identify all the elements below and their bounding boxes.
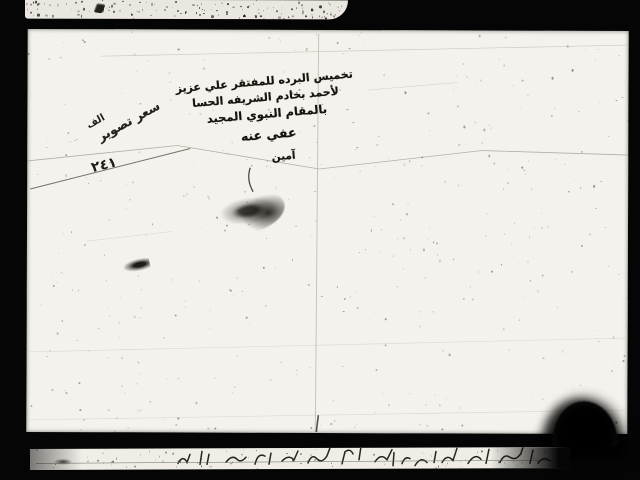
speckle xyxy=(66,4,67,5)
speckle xyxy=(226,224,228,226)
speckle xyxy=(597,329,598,330)
speckle xyxy=(499,58,500,59)
speckle xyxy=(113,11,115,13)
speckle xyxy=(442,350,443,351)
speckle xyxy=(482,143,484,144)
speckle xyxy=(261,138,262,140)
speckle xyxy=(542,274,544,275)
speckle xyxy=(237,356,238,357)
speckle xyxy=(319,15,320,17)
speckle xyxy=(323,11,325,14)
speckle xyxy=(383,74,384,76)
speckle xyxy=(102,0,103,1)
speckle xyxy=(332,466,333,467)
speckle xyxy=(226,450,227,452)
speckle xyxy=(216,10,217,12)
speckle xyxy=(402,379,403,380)
speckle xyxy=(474,84,475,85)
speckle xyxy=(166,378,167,379)
speckle xyxy=(268,36,269,38)
speckle xyxy=(33,2,34,4)
speckle xyxy=(527,94,528,95)
speckle xyxy=(89,11,90,12)
speckle xyxy=(78,94,80,95)
speckle xyxy=(311,14,312,15)
speckle xyxy=(612,336,614,338)
speckle xyxy=(257,229,258,230)
speckle xyxy=(44,3,46,5)
speckle xyxy=(595,208,596,209)
speckle xyxy=(521,107,522,108)
speckle xyxy=(352,122,354,123)
speckle xyxy=(427,239,428,240)
speckle xyxy=(407,78,408,79)
speckle xyxy=(236,64,237,65)
speckle xyxy=(465,459,466,460)
speckle xyxy=(490,128,491,129)
speckle xyxy=(292,15,294,17)
speckle xyxy=(311,9,313,11)
speckle xyxy=(463,63,464,65)
speckle xyxy=(262,267,264,269)
speckle xyxy=(45,14,48,17)
speckle xyxy=(197,243,198,244)
speckle xyxy=(459,193,460,194)
speckle xyxy=(154,4,155,5)
speckle xyxy=(134,466,136,468)
speckle xyxy=(175,1,177,3)
speckle xyxy=(111,462,112,463)
speckle xyxy=(551,115,552,117)
speckle xyxy=(226,13,228,16)
speckle xyxy=(384,344,386,346)
speckle xyxy=(53,467,54,468)
speckle xyxy=(69,141,71,143)
speckle xyxy=(309,367,310,368)
speckle xyxy=(568,191,569,192)
speckle xyxy=(262,117,264,118)
speckle xyxy=(199,14,201,16)
speckle xyxy=(441,428,443,430)
speckle xyxy=(76,139,78,140)
speckle xyxy=(513,85,515,87)
speckle xyxy=(319,6,321,9)
speckle xyxy=(301,4,303,7)
speckle xyxy=(31,405,33,407)
speckle xyxy=(71,231,72,233)
speckle xyxy=(507,182,509,183)
speckle xyxy=(118,322,119,323)
speckle xyxy=(201,3,203,5)
speckle xyxy=(77,14,79,16)
speckle xyxy=(380,251,381,252)
speckle xyxy=(466,76,467,77)
speckle xyxy=(417,367,418,368)
speckle xyxy=(124,393,125,394)
speckle xyxy=(589,233,591,236)
speckle xyxy=(33,14,34,15)
speckle xyxy=(429,186,430,187)
speckle xyxy=(179,13,180,14)
speckle xyxy=(445,398,446,399)
speckle xyxy=(77,10,80,12)
speckle xyxy=(292,77,293,79)
speckle xyxy=(28,53,30,54)
manuscript-page: تخميس البرده للمفتقر علي عزيز لأحمد بخاد… xyxy=(26,29,628,434)
speckle xyxy=(291,8,293,10)
speckle xyxy=(503,329,504,330)
speckle xyxy=(126,184,128,185)
speckle xyxy=(112,461,114,463)
speckle xyxy=(111,5,113,8)
speckle xyxy=(429,130,430,131)
speckle xyxy=(622,97,624,98)
speckle xyxy=(463,125,465,128)
speckle xyxy=(113,3,116,5)
speckle xyxy=(294,451,295,452)
speckle xyxy=(542,357,544,359)
speckle xyxy=(581,245,583,246)
speckle xyxy=(551,77,553,80)
speckle xyxy=(209,327,210,328)
speckle xyxy=(419,325,420,327)
speckle xyxy=(214,377,215,378)
speckle xyxy=(507,458,508,459)
speckle xyxy=(608,135,609,136)
speckle xyxy=(116,417,118,419)
speckle xyxy=(281,13,283,14)
speckle xyxy=(292,92,294,95)
speckle xyxy=(211,9,212,10)
speckle xyxy=(230,290,232,292)
speckle xyxy=(475,121,477,123)
speckle xyxy=(171,99,172,100)
speckle xyxy=(533,457,535,459)
speckle xyxy=(537,290,539,293)
speckle xyxy=(88,350,89,352)
speckle xyxy=(385,319,386,320)
speckle xyxy=(522,297,523,298)
speckle xyxy=(176,466,177,467)
speckle xyxy=(129,3,131,6)
speckle xyxy=(106,8,107,9)
speckle xyxy=(247,6,249,8)
speckle xyxy=(100,166,101,167)
speckle xyxy=(273,7,274,8)
speckle xyxy=(185,12,186,14)
speckle xyxy=(289,17,290,18)
speckle xyxy=(554,107,556,109)
speckle xyxy=(339,10,340,11)
speckle xyxy=(224,229,226,231)
speckle xyxy=(624,384,625,386)
speckle xyxy=(336,19,338,20)
title-inscription: تخميس البرده للمفتقر علي عزيز لأحمد بخاد… xyxy=(174,66,361,173)
speckle xyxy=(175,314,177,316)
speckle xyxy=(207,428,209,429)
speckle xyxy=(258,12,260,15)
speckle xyxy=(200,114,201,115)
speckle xyxy=(627,120,628,121)
speckle xyxy=(87,460,89,461)
speckle xyxy=(334,420,335,422)
speckle xyxy=(49,5,51,7)
speckle xyxy=(580,187,581,188)
speckle xyxy=(615,421,617,424)
speckle xyxy=(119,10,121,12)
speckle xyxy=(166,6,168,8)
speckle xyxy=(488,155,490,158)
speckle xyxy=(340,465,341,466)
speckle xyxy=(164,9,166,11)
speckle xyxy=(345,453,347,455)
speckle xyxy=(424,277,425,278)
speckle xyxy=(325,18,327,20)
speckle xyxy=(321,164,322,165)
speckle xyxy=(453,89,454,90)
speckle xyxy=(244,190,246,192)
speckle xyxy=(185,195,187,196)
speckle xyxy=(470,286,471,287)
speckle xyxy=(197,5,198,7)
speckle xyxy=(406,214,407,216)
speckle xyxy=(445,157,446,158)
speckle xyxy=(600,181,602,183)
speckle xyxy=(521,462,523,464)
speckle xyxy=(407,203,409,205)
speckle xyxy=(232,392,234,393)
speckle xyxy=(423,248,425,251)
speckle xyxy=(600,302,601,303)
speckle xyxy=(192,4,194,6)
speckle xyxy=(138,11,140,14)
speckle xyxy=(513,461,514,462)
speckle xyxy=(339,89,341,91)
speckle xyxy=(211,15,214,19)
speckle xyxy=(218,14,220,16)
speckle xyxy=(333,16,335,17)
speckle xyxy=(534,227,535,228)
speckle xyxy=(67,132,69,134)
speckle xyxy=(131,13,132,14)
speckle xyxy=(283,71,284,73)
speckle xyxy=(439,259,441,262)
speckle xyxy=(193,165,194,166)
speckle xyxy=(282,7,283,9)
speckle xyxy=(56,332,58,334)
speckle xyxy=(442,270,443,271)
speckle xyxy=(200,227,201,228)
speckle xyxy=(221,2,223,4)
speckle xyxy=(276,10,278,12)
speckle xyxy=(181,13,182,14)
speckle xyxy=(209,198,210,200)
speckle xyxy=(283,18,285,19)
speckle xyxy=(37,3,39,6)
speckle xyxy=(116,458,117,459)
speckle xyxy=(521,166,523,168)
speckle xyxy=(618,55,619,56)
speckle xyxy=(140,410,141,411)
speckle xyxy=(296,7,297,9)
speckle xyxy=(295,225,297,227)
speckle xyxy=(152,79,153,80)
speckle xyxy=(146,2,147,3)
speckle xyxy=(454,450,455,451)
strip-right-shadow xyxy=(490,447,570,468)
speckle xyxy=(298,2,300,4)
speckle xyxy=(133,18,134,19)
speckle xyxy=(334,177,335,178)
strip-left-shadow xyxy=(30,449,82,470)
speckle xyxy=(593,185,595,188)
speckle xyxy=(214,427,216,429)
speckle xyxy=(305,15,307,18)
speckle xyxy=(140,454,141,455)
speckle xyxy=(336,42,338,44)
speckle xyxy=(177,377,179,379)
speckle xyxy=(88,183,89,184)
speckle xyxy=(242,9,244,10)
speckle xyxy=(266,166,267,167)
speckle xyxy=(344,13,345,15)
speckle xyxy=(325,244,326,245)
speckle xyxy=(267,7,269,9)
speckle xyxy=(204,10,205,11)
speckle xyxy=(108,219,110,221)
speckle xyxy=(260,15,262,17)
speckle xyxy=(373,453,375,455)
speckle xyxy=(238,210,240,212)
adjacent-page-edge-top xyxy=(25,0,348,19)
speckle xyxy=(278,16,281,19)
speckle xyxy=(448,354,450,357)
speckle xyxy=(405,91,407,94)
speckle xyxy=(232,462,233,463)
speckle xyxy=(142,9,143,11)
speckle xyxy=(532,397,533,398)
speckle xyxy=(140,373,142,374)
speckle xyxy=(618,274,620,275)
speckle xyxy=(267,161,268,162)
speckle xyxy=(211,466,212,467)
speckle xyxy=(374,216,375,217)
speckle xyxy=(243,449,244,451)
speckle xyxy=(26,3,28,6)
speckle xyxy=(150,14,152,16)
speckle xyxy=(427,425,428,427)
speckle xyxy=(436,242,438,244)
speckle xyxy=(52,14,55,18)
speckle xyxy=(177,10,179,12)
speckle xyxy=(251,165,252,166)
speckle xyxy=(172,7,173,8)
speckle xyxy=(438,466,439,468)
speckle xyxy=(137,409,139,412)
speckle xyxy=(324,16,325,17)
speckle xyxy=(71,9,72,10)
speckle xyxy=(132,182,134,184)
speckle xyxy=(522,79,524,81)
speckle xyxy=(177,418,179,420)
speckle xyxy=(226,11,228,13)
speckle xyxy=(498,462,500,463)
speckle xyxy=(65,174,67,177)
speckle xyxy=(388,158,389,159)
speckle xyxy=(504,462,505,464)
speckle xyxy=(549,389,550,390)
speckle xyxy=(329,3,331,5)
speckle xyxy=(246,316,248,318)
speckle xyxy=(102,452,103,453)
speckle xyxy=(199,7,200,9)
adjacent-page-edge-bottom xyxy=(30,447,570,470)
speckle xyxy=(321,296,322,297)
speckle xyxy=(164,338,165,339)
speckle xyxy=(565,376,566,377)
speckle xyxy=(170,81,171,82)
speckle xyxy=(496,450,497,451)
speckle xyxy=(458,144,460,145)
speckle xyxy=(312,16,313,18)
speckle xyxy=(40,304,42,305)
speckle xyxy=(122,1,124,3)
speckle xyxy=(215,4,216,5)
speckle xyxy=(196,12,197,13)
speckle xyxy=(327,14,328,15)
speckle xyxy=(173,15,175,17)
speckle xyxy=(202,9,203,10)
speckle xyxy=(81,15,83,18)
speckle xyxy=(308,284,310,286)
speckle xyxy=(274,268,276,269)
speckle xyxy=(156,9,157,10)
speckle xyxy=(376,145,378,146)
speckle xyxy=(320,425,321,426)
speckle xyxy=(83,7,86,10)
speckle xyxy=(55,464,56,465)
speckle xyxy=(253,3,255,5)
speckle xyxy=(121,92,122,93)
speckle xyxy=(265,304,267,306)
speckle xyxy=(102,8,104,10)
speckle xyxy=(75,2,78,4)
speckle xyxy=(37,8,38,9)
speckle xyxy=(109,315,111,316)
speckle xyxy=(141,307,142,308)
speckle xyxy=(598,49,599,50)
speckle xyxy=(400,460,402,461)
speckle xyxy=(421,166,422,167)
speckle xyxy=(611,62,612,63)
speckle xyxy=(505,37,507,39)
speckle xyxy=(140,2,141,3)
speckle xyxy=(51,389,53,391)
speckle xyxy=(541,226,543,229)
speckle xyxy=(511,243,513,244)
speckle xyxy=(461,424,463,426)
speckle xyxy=(263,10,264,11)
speckle xyxy=(382,393,383,394)
speckle xyxy=(227,3,229,5)
speckle xyxy=(103,463,104,464)
speckle xyxy=(80,429,81,430)
speckle xyxy=(362,47,363,48)
speckle xyxy=(374,412,375,413)
speckle xyxy=(503,65,504,67)
speckle xyxy=(65,154,67,156)
speckle xyxy=(302,10,304,14)
